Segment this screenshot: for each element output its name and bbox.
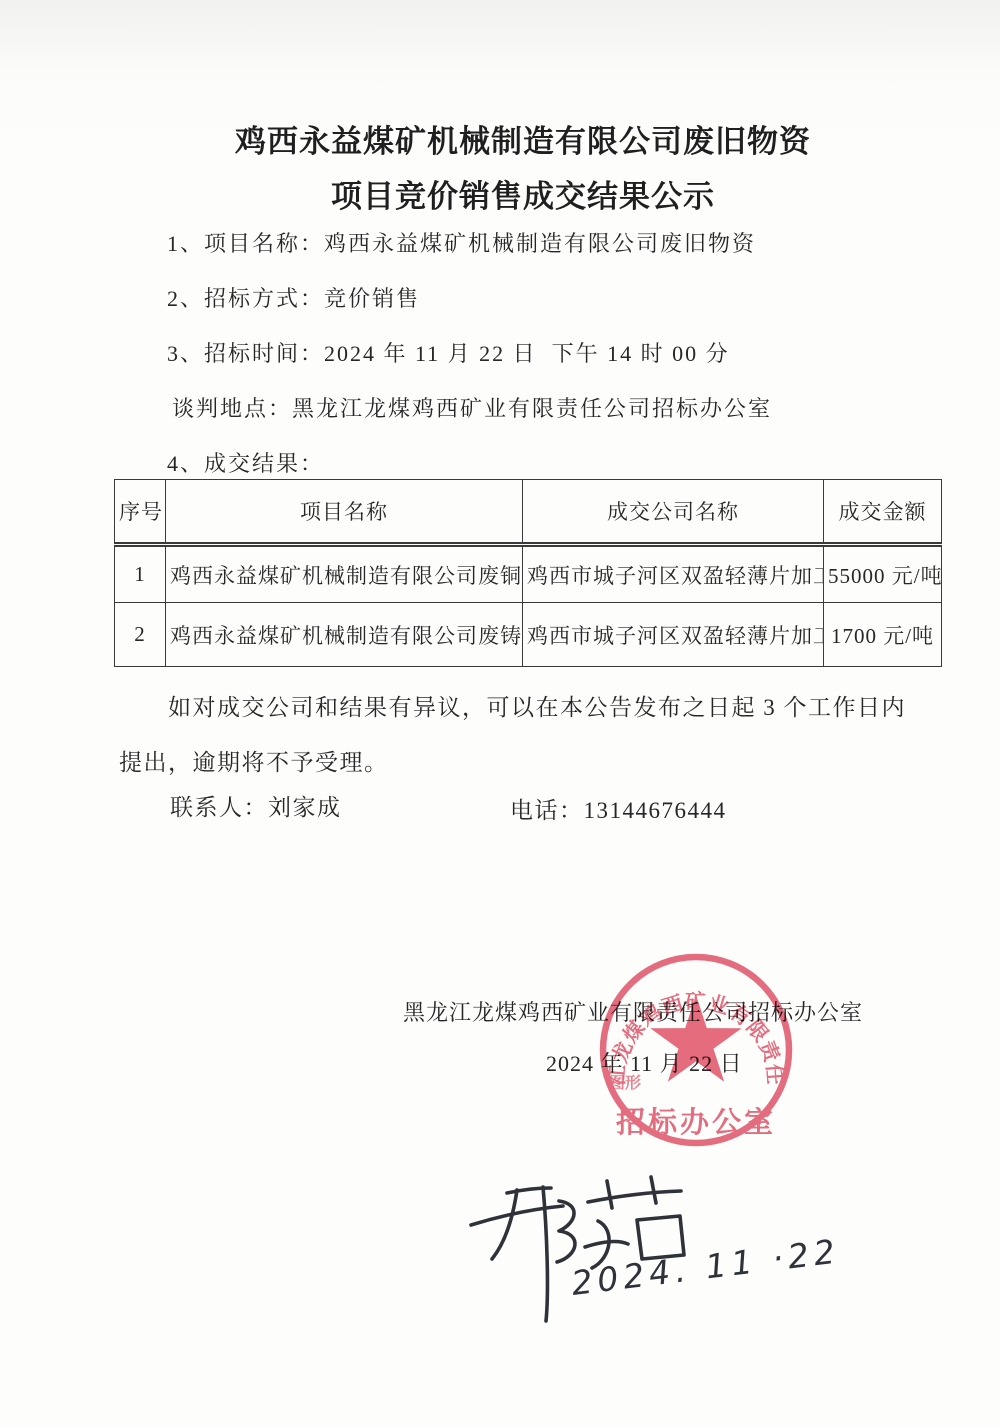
item-bid-time: 3、招标时间：2024 年 11 月 22 日 下午 14 时 00 分: [167, 337, 730, 368]
cell-amount: 1700 元/吨: [824, 603, 942, 667]
cell-seq: 1: [115, 545, 166, 603]
contact-phone: 电话：13144676444: [510, 792, 727, 825]
table-row: 1 鸡西永益煤矿机械制造有限公司废铜线 鸡西市城子河区双盈轻薄片加工厂 5500…: [115, 545, 942, 603]
results-table: 序号 项目名称 成交公司名称 成交金额 1 鸡西永益煤矿机械制造有限公司废铜线 …: [114, 479, 942, 667]
header-amount: 成交金额: [824, 480, 942, 545]
stamp-center-text: 招标办公室: [616, 1105, 776, 1139]
header-project: 项目名称: [166, 480, 523, 545]
cell-company: 鸡西市城子河区双盈轻薄片加工厂: [523, 603, 824, 667]
cell-amount: 55000 元/吨: [824, 545, 942, 603]
item-result-label: 4、成交结果：: [167, 447, 324, 478]
objection-notice: 如对成交公司和结果有异议，可以在本公告发布之日起 3 个工作日内提出，逾期将不予…: [119, 680, 925, 790]
document-title-line2: 项目竞价销售成交结果公示: [46, 171, 1000, 216]
table-header-row: 序号 项目名称 成交公司名称 成交金额: [115, 480, 942, 545]
cell-project: 鸡西永益煤矿机械制造有限公司废铸铁件: [166, 603, 523, 667]
item-project-name: 1、项目名称：鸡西永益煤矿机械制造有限公司废旧物资: [167, 227, 756, 258]
stamp-side-text: 图形: [609, 1073, 642, 1092]
document-page: 鸡西永益煤矿机械制造有限公司废旧物资 项目竞价销售成交结果公示 1、项目名称：鸡…: [0, 0, 1000, 1426]
cell-seq: 2: [115, 603, 166, 667]
item-venue: 谈判地点：黑龙江龙煤鸡西矿业有限责任公司招标办公室: [172, 392, 772, 423]
table-row: 2 鸡西永益煤矿机械制造有限公司废铸铁件 鸡西市城子河区双盈轻薄片加工厂 170…: [115, 603, 942, 667]
contact-person: 联系人：刘家成: [170, 789, 342, 822]
header-seq: 序号: [115, 480, 166, 545]
document-title-line1: 鸡西永益煤矿机械制造有限公司废旧物资: [46, 116, 1000, 161]
item-bid-method: 2、招标方式：竞价销售: [167, 282, 420, 313]
cell-company: 鸡西市城子河区双盈轻薄片加工厂: [523, 545, 824, 603]
cell-project: 鸡西永益煤矿机械制造有限公司废铜线: [166, 545, 523, 603]
header-company: 成交公司名称: [523, 480, 824, 545]
official-stamp: 黑龙江龙煤鸡西矿业有限责任公司 招标办公室 图形: [585, 938, 807, 1162]
signature-block: 2024. 11 ·22: [455, 1163, 855, 1338]
